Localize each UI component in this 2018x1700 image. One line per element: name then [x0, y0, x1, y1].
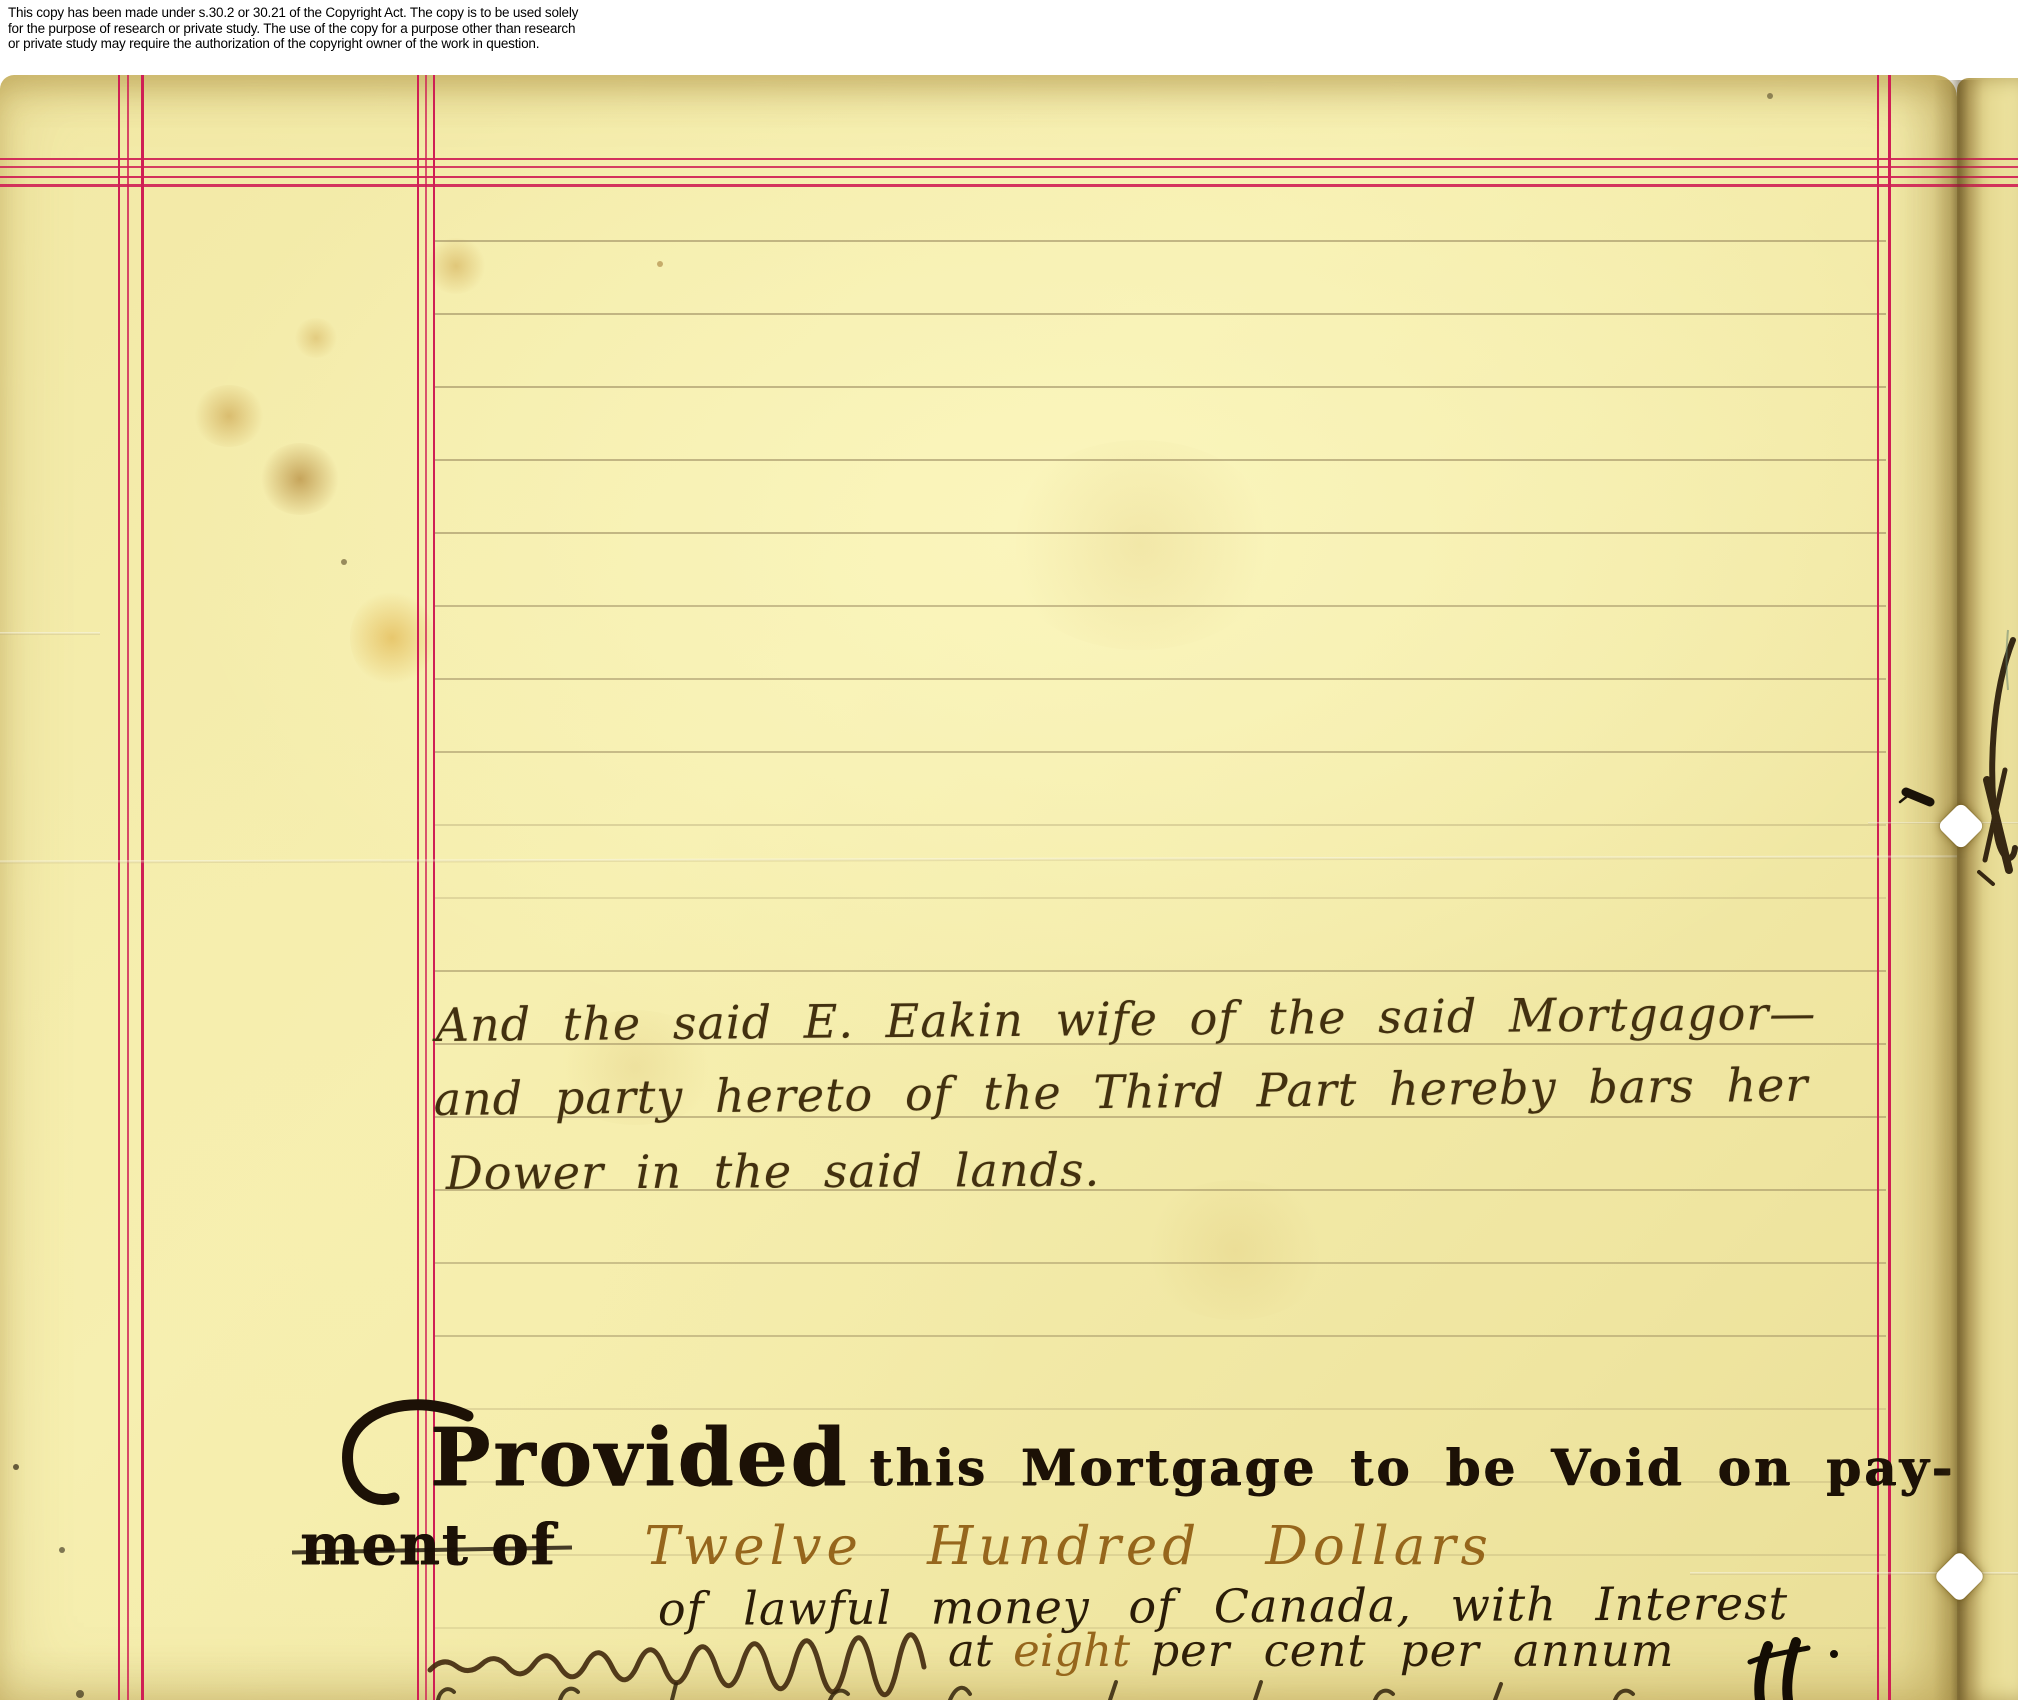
- copyright-line-2: for the purpose of research or private s…: [8, 21, 648, 37]
- red-header-rule: [0, 184, 2018, 187]
- clipped-capital-stroke: [1730, 1628, 1860, 1700]
- ruled-line: [434, 386, 1886, 388]
- ruled-line: [434, 678, 1886, 680]
- copyright-line-1: This copy has been made under s.30.2 or …: [8, 5, 648, 21]
- ruled-line: [434, 459, 1886, 461]
- red-margin-rule: [118, 75, 120, 1700]
- ruled-line: [434, 751, 1886, 753]
- rate-value: eight: [1013, 1624, 1130, 1677]
- ink-specks: [0, 0, 4, 4]
- ruled-line: [434, 897, 1886, 899]
- proviso-word: Provided: [430, 1410, 849, 1504]
- ruled-line: [434, 605, 1886, 607]
- red-margin-rule: [127, 75, 129, 1700]
- proviso-heading: Provided this Mortgage to be Void on pay…: [430, 1410, 1955, 1504]
- proviso-continuation: ment of Twelve Hundred Dollars: [300, 1512, 1493, 1578]
- ruled-line: [434, 240, 1886, 242]
- interest-rate-line: at eight per cent per annum: [948, 1624, 1674, 1677]
- clipped-text-strokes: [410, 1682, 1750, 1700]
- proviso-cont-word: ment of: [300, 1512, 556, 1578]
- ruled-line: [434, 1335, 1886, 1337]
- copyright-line-3: or private study may require the authori…: [8, 36, 648, 52]
- proviso-heading-rest: this Mortgage to be Void on pay-: [869, 1438, 1955, 1497]
- squiggle-filler: [425, 1652, 950, 1680]
- handwriting-line-3: Dower in the said lands.: [446, 1143, 1101, 1200]
- ruled-line: [434, 824, 1886, 826]
- rate-prefix: at: [948, 1624, 993, 1677]
- ruled-line: [434, 970, 1886, 972]
- copyright-notice: This copy has been made under s.30.2 or …: [8, 5, 648, 52]
- signature-stroke: [1975, 620, 2018, 920]
- amount-value: Twelve Hundred Dollars: [644, 1516, 1492, 1577]
- ruled-line: [434, 1262, 1886, 1264]
- scanned-mortgage-document: This copy has been made under s.30.2 or …: [0, 0, 2018, 1700]
- ruled-line: [434, 532, 1886, 534]
- rate-suffix: per cent per annum: [1150, 1624, 1674, 1677]
- ink-blot: [1896, 770, 1944, 814]
- red-margin-rule: [141, 75, 144, 1700]
- red-header-rule: [0, 176, 2018, 178]
- ruled-line: [434, 313, 1886, 315]
- red-header-rule: [0, 158, 2018, 160]
- red-header-rule: [0, 166, 2018, 168]
